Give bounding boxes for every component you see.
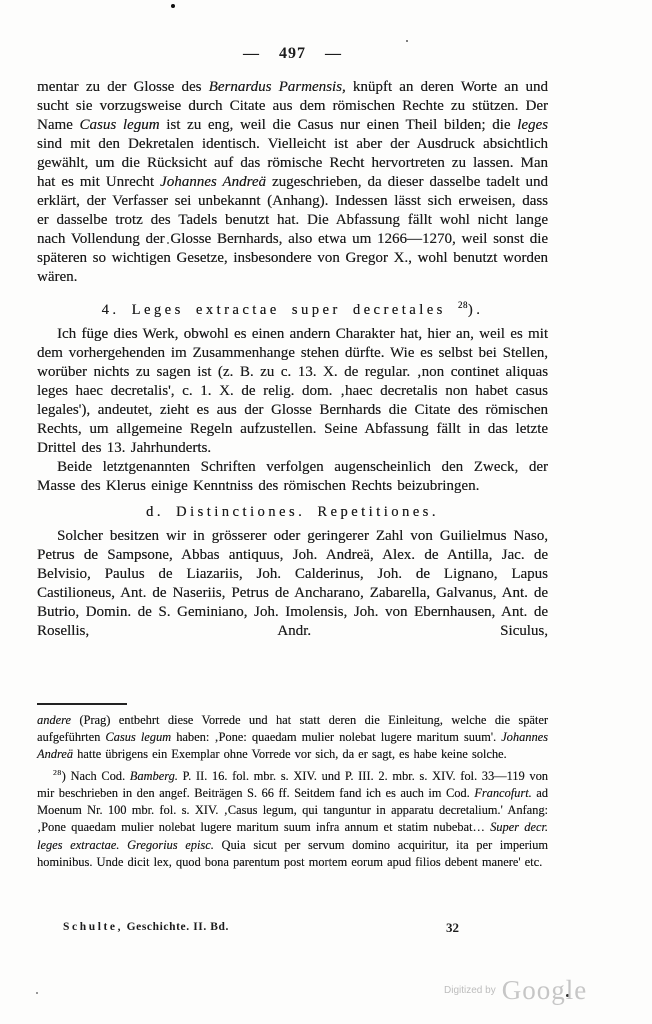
paragraph-commentary-continuation: mentar zu der Glosse des Bernardus Parme… (37, 78, 548, 287)
digitized-by-label: Digitized by (444, 985, 496, 996)
footnote-28: 28) Nach Cod. Bamberg. P. II. 16. fol. m… (37, 764, 548, 871)
book-signature-line: Schulte, Geschichte. II. Bd. (63, 921, 229, 933)
scan-speck (406, 40, 408, 42)
page-number: — 497 — (37, 45, 548, 63)
sheet-number: 32 (446, 920, 459, 936)
google-watermark: Digitized by Google (444, 975, 587, 1006)
main-text-column: mentar zu der Glosse des Bernardus Parme… (37, 78, 548, 641)
section-heading-distinctiones: d. Distinctiones. Repetitiones. (37, 503, 548, 522)
scan-speck (171, 4, 175, 8)
footnotes-section: andere (Prag) entbehrt diese Vorrede und… (37, 703, 548, 871)
footnote-separator-rule (37, 703, 127, 705)
google-logo: Google (502, 975, 587, 1006)
footnote-continuation: andere (Prag) entbehrt diese Vorrede und… (37, 712, 548, 764)
paragraph-beide-schriften: Beide letztgenannten Schriften verfolgen… (37, 458, 548, 496)
scan-speck (36, 992, 38, 994)
book-page-scan: — 497 — mentar zu der Glosse des Bernard… (0, 0, 652, 1024)
section-heading-leges-extractae: 4. Leges extractae super decretales 28). (37, 296, 548, 320)
paragraph-solcher-besitzen: Solcher besitzen wir in grösserer oder g… (37, 527, 548, 641)
paragraph-ich-fuege: Ich füge dies Werk, obwohl es einen ande… (37, 325, 548, 458)
